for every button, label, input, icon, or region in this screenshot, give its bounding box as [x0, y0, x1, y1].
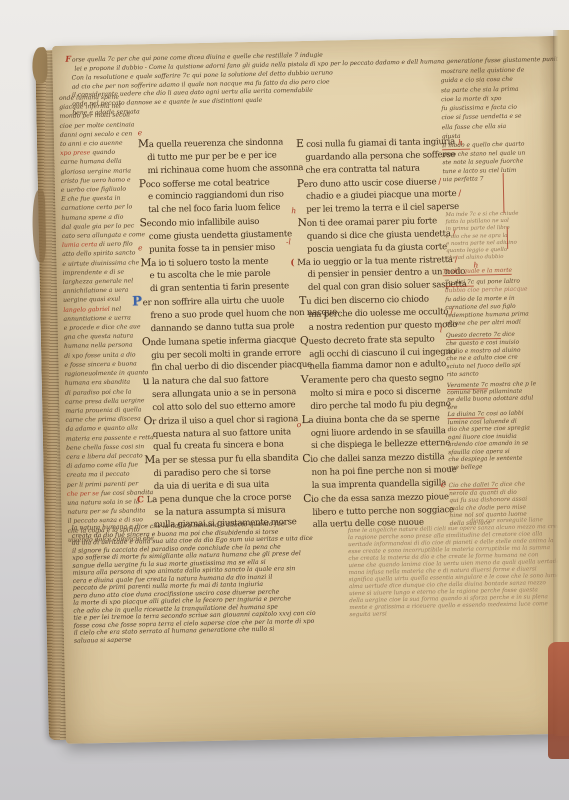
book-edge-red-stain [548, 642, 569, 759]
photo-backdrop: Forse quella 7c per che qui pone come di… [0, 0, 569, 800]
red-bracket-line [503, 173, 505, 213]
rubrication-marks: eehh-lhlo [52, 36, 569, 744]
red-margin-letter: e [138, 244, 143, 251]
red-margin-letter: o [297, 421, 302, 428]
manuscript-book: Forse quella 7c per che qui pone come di… [52, 36, 569, 744]
red-bracket-line [507, 227, 509, 249]
red-margin-letter: h [473, 261, 478, 268]
red-margin-letter: h [458, 139, 463, 146]
manuscript-page: Forse quella 7c per che qui pone come di… [52, 36, 569, 744]
red-margin-letter: h [291, 207, 296, 214]
red-margin-letter: -l [286, 238, 291, 245]
page-fore-edge [553, 30, 569, 736]
red-margin-letter: l [440, 326, 443, 333]
red-margin-letter: e [138, 129, 143, 136]
